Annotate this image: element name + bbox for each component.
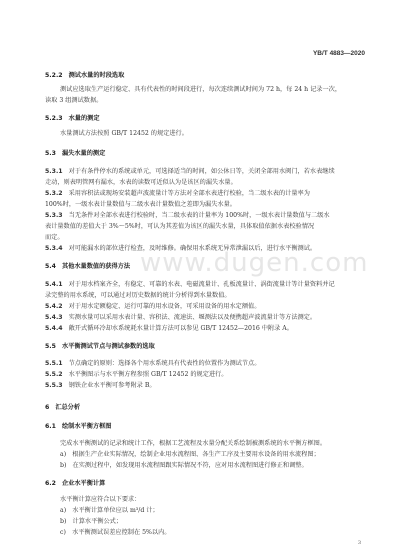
list-item: b) 计算水平衡公式； <box>60 518 122 526</box>
document-page: YB/T 4883—2020 www.dugen.com 5.2.2测试水量的时… <box>0 0 403 551</box>
heading-5-5: 5.5水平衡测试节点与测试参数的选取 <box>45 343 155 351</box>
clause-5-5-2: 5.5.2水平衡图示与水平衡方程参照 GB/T 12452 的规定进行。 <box>45 371 227 379</box>
clause-5-5-3: 5.5.3钢铁企业水平衡可参考附录 B。 <box>45 382 156 390</box>
heading-5-2-2: 5.2.2测试水量的时段选取 <box>45 72 124 80</box>
clause-5-4-2: 5.4.2对于用水定额稳定、运行可靠的用水设备，可采用设备的用水定额值。 <box>45 303 260 311</box>
paragraph: 录完整的用水系统，可以通过对历史数据的统计分析得到水量数值。 <box>45 292 231 300</box>
heading-5-3: 5.3漏失水量的测定 <box>45 150 105 158</box>
paragraph: 走动，则表明管网有漏水，水表的读数可近似认为是该区的漏失水量。 <box>45 179 237 187</box>
list-item: a) 根据生产企业实际情况，绘制企业用水流程图、各生产工序及主要用水设备的用水流… <box>60 451 320 459</box>
clause-5-4-3: 5.4.3实测水量可以采用水表计量、容积法、流速法、堰测法以及便携超声波流量计等… <box>45 314 316 322</box>
page-number: 3 <box>358 540 361 546</box>
clause-5-3-3: 5.3.3当无条件对全部水表进行校验时，当二级水表的计量率为 100%时，一级水… <box>45 212 330 220</box>
paragraph: 而定。 <box>45 234 64 242</box>
list-item: b) 在实测过程中，如发现用水流程图跟实际情况不符，应对用水流程图进行修正和调整… <box>60 462 308 470</box>
clause-5-3-4: 5.3.4对可能漏水的部位进行检查，及时维修。确保用水系统无异常泄漏以后，进行水… <box>45 245 316 253</box>
standard-code: YB/T 4883—2020 <box>313 50 365 57</box>
paragraph: 测试应选取生产运行稳定、具有代表性的时间段进行，每次连续测试时间为 72 h，每… <box>60 86 341 94</box>
clause-5-3-1: 5.3.1对于有条件停水的系统或单元，可选择适当的时间，如公休日等，关闭全部用水… <box>45 168 335 176</box>
heading-5-4: 5.4其他水量数值的获得方法 <box>45 263 130 271</box>
heading-5-2-3: 5.2.3水量的测定 <box>45 115 100 123</box>
paragraph: 完成水平衡测试的记录和统计工作，根据工艺流程及水量分配关系绘制被测系统的水平衡方… <box>60 440 326 448</box>
clause-5-5-1: 5.5.1节点确定的原则：选择各个用水系统具有代表性的位置作为测试节点。 <box>45 360 260 368</box>
clause-5-4-1: 5.4.1对于用水档案齐全，有稳定、可靠的水表、电磁流量计、孔板流量计、涡街流量… <box>45 281 335 289</box>
paragraph: 100%时，一级水表计量数值与二级水表计量数值之差即为漏失水量。 <box>45 201 236 209</box>
paragraph: 水平衡计算应符合以下要求： <box>60 496 140 504</box>
list-item: c) 水平衡测试误差应控制在 5%以内。 <box>60 529 170 537</box>
heading-6-2: 6.2企业水平衡计算 <box>45 480 105 488</box>
paragraph: 水量测试方法按照 GB/T 12452 的规定进行。 <box>60 130 188 138</box>
list-item: a) 水平衡计算单位应以 m³/d 计； <box>60 507 159 515</box>
clause-5-3-2: 5.3.2采用容积法或现场安装超声波流量计等方法对全部水表进行校验，当二级水表的… <box>45 190 310 198</box>
heading-6: 6汇总分析 <box>45 404 80 412</box>
clause-5-4-4: 5.4.4敞开式循环冷却水系统耗水量计算方法可以参见 GB/T 12452—20… <box>45 325 293 333</box>
paragraph: 表计量数值的差值大于 3%～5%时，可认为其差值为该区的漏失水量，具体取值依据水… <box>45 223 314 231</box>
heading-6-1: 6.1绘制水平衡方框图 <box>45 423 111 431</box>
paragraph: 读取 3 组测试数据。 <box>45 97 102 105</box>
